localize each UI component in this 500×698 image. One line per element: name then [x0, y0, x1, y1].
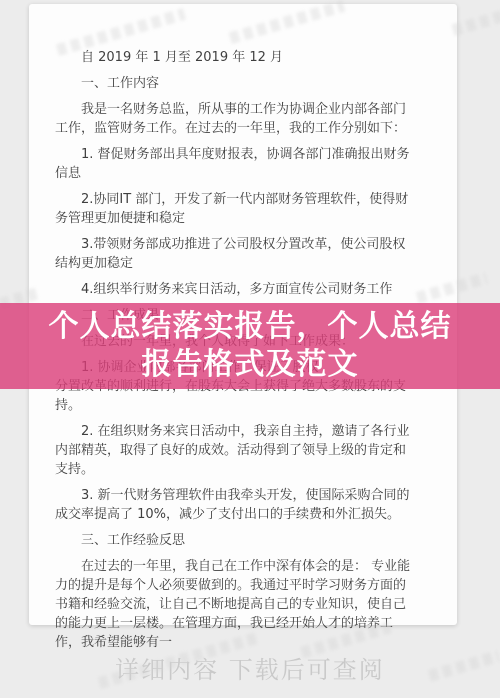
doc-list-item-results-2: 2. 在组织财务来宾日活动中，我亲自主持，邀请了各行业内部精英，取得了良好的成效… [55, 422, 415, 479]
promo-banner-title-line1: 个人总结落实报告，个人总结 [49, 308, 452, 346]
doc-heading-1: 一、工作内容 [55, 74, 415, 93]
doc-paragraph-truncated: 在过去的一年里，我自己在工作中深有体会的是： 专业能力的提升是每个人必须要做到的… [55, 557, 415, 652]
doc-paragraph: 我是一名财务总监，所从事的工作为协调企业内部各部门工作，监管财务工作。在过去的一… [55, 100, 415, 138]
doc-date-range: 自 2019 年 1 月至 2019 年 12 月 [55, 48, 415, 67]
doc-heading-3: 三、工作经验反思 [55, 531, 415, 550]
doc-list-item-results-3: 3. 新一代财务管理软件由我牵头开发，使国际采购合同的成交率提高了 10%，减少… [55, 486, 415, 524]
doc-list-item-2: 2.协同IT 部门，开发了新一代内部财务管理软件，使得财务管理更加便捷和稳定 [55, 190, 415, 228]
doc-list-item-3: 3.带领财务部成功推进了公司股权分置改革，使公司股权结构更加稳定 [55, 235, 415, 273]
doc-list-item-1: 1. 督促财务部出具年度财报表，协调各部门准确报出财务信息 [55, 145, 415, 183]
promo-banner[interactable]: 个人总结落实报告，个人总结 报告格式及范文 [0, 303, 500, 389]
doc-list-item-4: 4.组织举行财务来宾日活动，多方面宣传公司财务工作 [55, 280, 415, 299]
document-preview-screen: 自 2019 年 1 月至 2019 年 12 月 一、工作内容 我是一名财务总… [0, 0, 500, 698]
doc-occluded-line: 持。 [55, 396, 415, 415]
download-hint-text: 详细内容 下载后可查阅 [0, 650, 500, 685]
watermark [452, 8, 500, 36]
promo-banner-title-line2: 报告格式及范文 [142, 346, 359, 384]
